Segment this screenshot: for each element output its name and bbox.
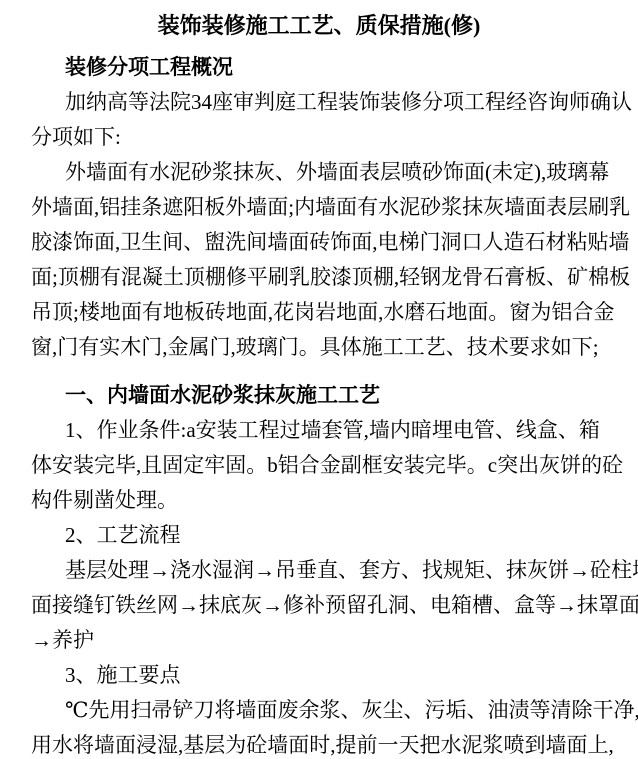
text-line: 3、施工要点 — [31, 658, 607, 693]
paragraph: 加纳高等法院34座审判庭工程装饰装修分项工程经咨询师确认分项如下: — [31, 85, 607, 155]
text-line: 基层处理→浇水湿润→吊垂直、套方、找规矩、抹灰饼→砼柱墙 — [31, 553, 607, 588]
document-page: 装饰装修施工工艺、质保措施(修)装修分项工程概况加纳高等法院34座审判庭工程装饰… — [0, 0, 638, 759]
text-line: →养护 — [31, 623, 607, 658]
text-line: 胶漆饰面,卫生间、盥洗间墙面砖饰面,电梯门洞口人造石材粘贴墙 — [31, 225, 607, 260]
text-line: 窗,门有实木门,金属门,玻璃门。具体施工工艺、技术要求如下; — [31, 330, 607, 365]
text-line: 构件剔凿处理。 — [31, 483, 607, 518]
text-line: 加纳高等法院34座审判庭工程装饰装修分项工程经咨询师确认 — [31, 85, 607, 120]
paragraph: 3、施工要点 — [31, 658, 607, 693]
text-line: 体安装完毕,且固定牢固。b铝合金副框安装完毕。c突出灰饼的砼 — [31, 448, 607, 483]
text-line: 外墙面有水泥砂浆抹灰、外墙面表层喷砂饰面(未定),玻璃幕 — [31, 155, 607, 190]
document-title: 装饰装修施工工艺、质保措施(修) — [31, 8, 607, 43]
paragraph: 1、作业条件:a安装工程过墙套管,墙内暗埋电管、线盒、箱体安装完毕,且固定牢固。… — [31, 413, 607, 518]
paragraph: 外墙面有水泥砂浆抹灰、外墙面表层喷砂饰面(未定),玻璃幕外墙面,铝挂条遮阳板外墙… — [31, 155, 607, 365]
paragraph: 2、工艺流程 — [31, 518, 607, 553]
text-line: 2、工艺流程 — [31, 518, 607, 553]
paragraph: ℃先用扫帚铲刀将墙面废余浆、灰尘、污垢、油渍等清除干净,用水将墙面浸湿,基层为砼… — [31, 693, 607, 759]
text-line: 面;顶棚有混凝土顶棚修平刷乳胶漆顶棚,轻钢龙骨石膏板、矿棉板 — [31, 260, 607, 295]
section-heading: 装修分项工程概况 — [31, 50, 607, 85]
text-line: 面接缝钉铁丝网→抹底灰→修补预留孔洞、电箱槽、盒等→抹罩面灰 — [31, 588, 607, 623]
text-line: 分项如下: — [31, 120, 607, 155]
paragraph: 基层处理→浇水湿润→吊垂直、套方、找规矩、抹灰饼→砼柱墙面接缝钉铁丝网→抹底灰→… — [31, 553, 607, 658]
text-line: 外墙面,铝挂条遮阳板外墙面;内墙面有水泥砂浆抹灰墙面表层刷乳 — [31, 190, 607, 225]
text-line: 吊顶;楼地面有地板砖地面,花岗岩地面,水磨石地面。窗为铝合金 — [31, 295, 607, 330]
text-line: ℃先用扫帚铲刀将墙面废余浆、灰尘、污垢、油渍等清除干净, — [31, 693, 607, 728]
text-line: 用水将墙面浸湿,基层为砼墙面时,提前一天把水泥浆喷到墙面上, — [31, 728, 607, 759]
text-line: 1、作业条件:a安装工程过墙套管,墙内暗埋电管、线盒、箱 — [31, 413, 607, 448]
subsection-heading: 一、内墙面水泥砂浆抹灰施工工艺 — [31, 378, 607, 413]
